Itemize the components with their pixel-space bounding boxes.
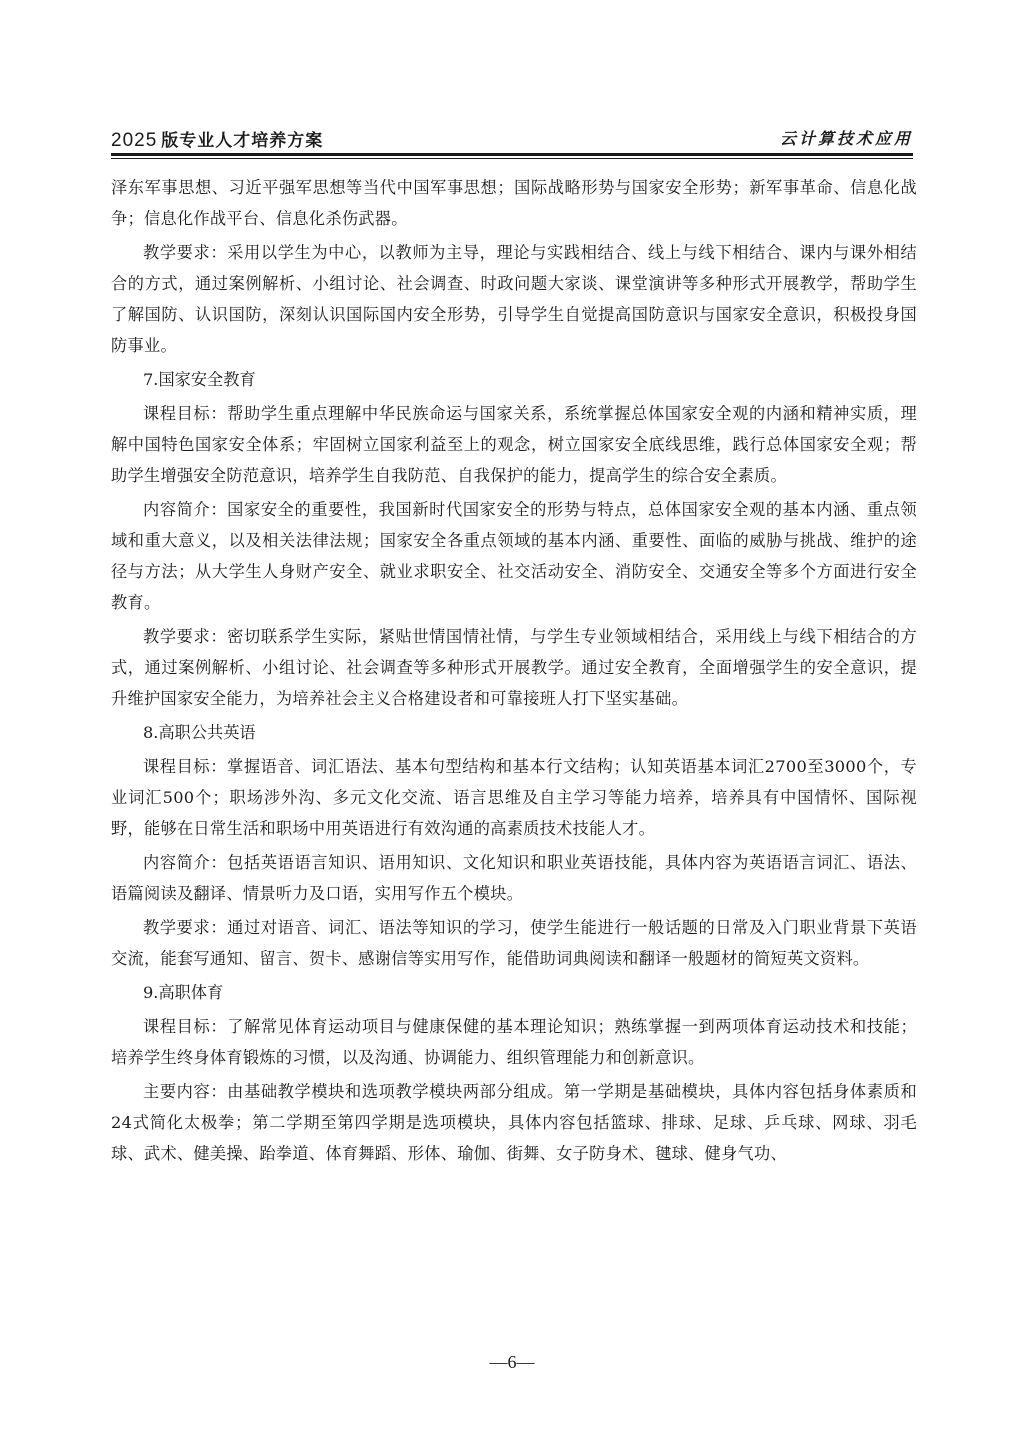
running-header: 2025版专业人才培养方案 云计算技术应用 [111,126,913,156]
body-content: 泽东军事思想、习近平强军思想等当代中国军事思想；国际战略形势与国家安全形势；新军… [111,172,917,1172]
header-rule-thin [111,158,913,159]
header-year: 2025 [111,130,157,151]
paragraph-course-goal-7: 课程目标：帮助学生重点理解中华民族命运与国家关系，系统掌握总体国家安全观的内涵和… [111,398,917,491]
section-heading-7: 7.国家安全教育 [111,364,917,395]
paragraph-course-goal-9: 课程目标：了解常见体育运动项目与健康保健的基本理论知识；熟练掌握一到两项体育运动… [111,1011,917,1073]
paragraph-main-content-9: 主要内容：由基础教学模块和选项教学模块两部分组成。第一学期是基础模块，具体内容包… [111,1076,917,1169]
section-heading-8: 8.高职公共英语 [111,717,917,748]
paragraph-content-intro-8: 内容简介：包括英语语言知识、语用知识、文化知识和职业英语技能，具体内容为英语语言… [111,847,917,909]
paragraph-teaching-requirements-6: 教学要求：采用以学生为中心，以教师为主导，理论与实践相结合、线上与线下相结合、课… [111,237,917,361]
paragraph-content-intro-7: 内容简介：国家安全的重要性，我国新时代国家安全的形势与特点，总体国家安全观的基本… [111,494,917,618]
paragraph-teaching-requirements-8: 教学要求：通过对语音、词汇、语法等知识的学习，使学生能进行一般话题的日常及入门职… [111,912,917,974]
paragraph-course-goal-8: 课程目标：掌握语音、词汇语法、基本句型结构和基本行文结构；认知英语基本词汇270… [111,751,917,844]
page-number: —6— [0,1352,1024,1373]
paragraph-teaching-requirements-7: 教学要求：密切联系学生实际，紧贴世情国情社情，与学生专业领域相结合，采用线上与线… [111,621,917,714]
paragraph-continuation: 泽东军事思想、习近平强军思想等当代中国军事思想；国际战略形势与国家安全形势；新军… [111,172,917,234]
document-page: 2025版专业人才培养方案 云计算技术应用 泽东军事思想、习近平强军思想等当代中… [0,0,1024,1448]
header-major-title: 云计算技术应用 [780,126,913,149]
header-rule-thick [111,153,913,156]
header-program-title: 2025版专业人才培养方案 [111,126,323,152]
header-left-title: 版专业人才培养方案 [161,131,323,151]
section-heading-9: 9.高职体育 [111,977,917,1008]
